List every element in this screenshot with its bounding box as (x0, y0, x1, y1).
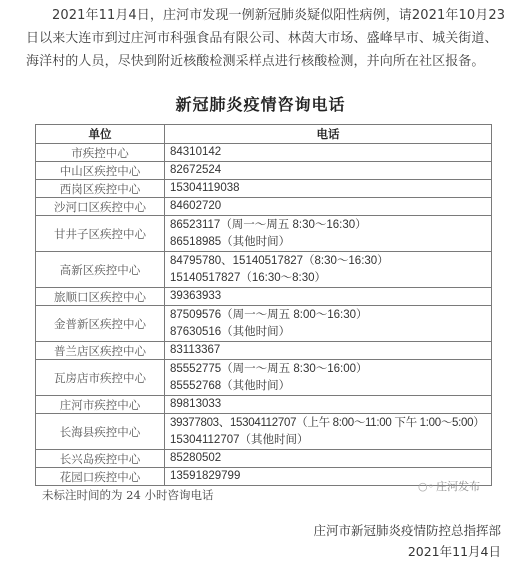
phone-number: 85280502 (170, 450, 491, 467)
phone-number: 85552768（其他时间） (170, 378, 491, 395)
table-row: 长海县疾控中心 39377803、15304112707（上午 8:00～11:… (36, 414, 492, 450)
phone-number: 85552775（周一～周五 8:30～16:00） (170, 361, 491, 378)
phone-number: 15140517827（16:30～8:30） (170, 270, 491, 287)
phone-number: 83113367 (170, 342, 491, 359)
unit-name: 西岗区疾控中心 (36, 180, 165, 198)
wechat-icon: ○◦ (418, 480, 434, 493)
phone-number: 39377803、15304112707（上午 8:00～11:00 下午 1:… (170, 415, 491, 432)
table-row: 普兰店区疾控中心 83113367 (36, 342, 492, 360)
phone-number: 82672524 (170, 162, 491, 179)
table-title: 新冠肺炎疫情咨询电话 (0, 92, 521, 115)
phone-number: 86518985（其他时间） (170, 234, 491, 251)
table-row: 高新区疾控中心 84795780、15140517827（8:30～16:30）… (36, 252, 492, 288)
phone-number: 84795780、15140517827（8:30～16:30） (170, 253, 491, 270)
table-footnote: 未标注时间的为 24 小时咨询电话 (42, 487, 213, 503)
unit-name: 中山区疾控中心 (36, 162, 165, 180)
signature-organization: 庄河市新冠肺炎疫情防控总指挥部 (313, 521, 501, 539)
unit-name: 高新区疾控中心 (36, 252, 165, 288)
unit-name: 普兰店区疾控中心 (36, 342, 165, 360)
table-row: 中山区疾控中心 82672524 (36, 162, 492, 180)
unit-name: 瓦房店市疾控中心 (36, 360, 165, 396)
table-row: 甘井子区疾控中心 86523117（周一～周五 8:30～16:30） 8651… (36, 216, 492, 252)
signature-date: 2021年11月4日 (408, 542, 501, 560)
unit-name: 金普新区疾控中心 (36, 306, 165, 342)
phone-number: 89813033 (170, 396, 491, 413)
notice-paragraph: 2021年11月4日，庄河市发现一例新冠肺炎疑似阳性病例，请2021年10月23… (26, 4, 508, 73)
table-row: 庄河市疾控中心 89813033 (36, 396, 492, 414)
table-row: 长兴岛疾控中心 85280502 (36, 450, 492, 468)
unit-name: 庄河市疾控中心 (36, 396, 165, 414)
table-row: 市疾控中心 84310142 (36, 144, 492, 162)
phone-number: 84602720 (170, 198, 491, 215)
table-row: 西岗区疾控中心 15304119038 (36, 180, 492, 198)
phone-number: 84310142 (170, 144, 491, 161)
phone-number: 87509576（周一～周五 8:00～16:30） (170, 307, 491, 324)
unit-name: 甘井子区疾控中心 (36, 216, 165, 252)
phone-number: 15304119038 (170, 180, 491, 197)
table-row: 瓦房店市疾控中心 85552775（周一～周五 8:30～16:00） 8555… (36, 360, 492, 396)
header-phone: 电话 (165, 125, 492, 144)
watermark: ○◦ 庄河发布 (418, 478, 480, 494)
hotline-table: 单位 电话 市疾控中心 84310142 中山区疾控中心 82672524 西岗… (35, 124, 492, 486)
unit-name: 市疾控中心 (36, 144, 165, 162)
unit-name: 长兴岛疾控中心 (36, 450, 165, 468)
table-row: 旅顺口区疾控中心 39363933 (36, 288, 492, 306)
unit-name: 旅顺口区疾控中心 (36, 288, 165, 306)
phone-number: 87630516（其他时间） (170, 324, 491, 341)
watermark-text: 庄河发布 (436, 478, 480, 494)
unit-name: 花园口疾控中心 (36, 468, 165, 486)
table-row: 沙河口区疾控中心 84602720 (36, 198, 492, 216)
unit-name: 长海县疾控中心 (36, 414, 165, 450)
header-unit: 单位 (36, 125, 165, 144)
phone-number: 39363933 (170, 288, 491, 305)
unit-name: 沙河口区疾控中心 (36, 198, 165, 216)
table-row: 金普新区疾控中心 87509576（周一～周五 8:00～16:30） 8763… (36, 306, 492, 342)
phone-number: 86523117（周一～周五 8:30～16:30） (170, 217, 491, 234)
phone-number: 15304112707（其他时间） (170, 432, 491, 449)
